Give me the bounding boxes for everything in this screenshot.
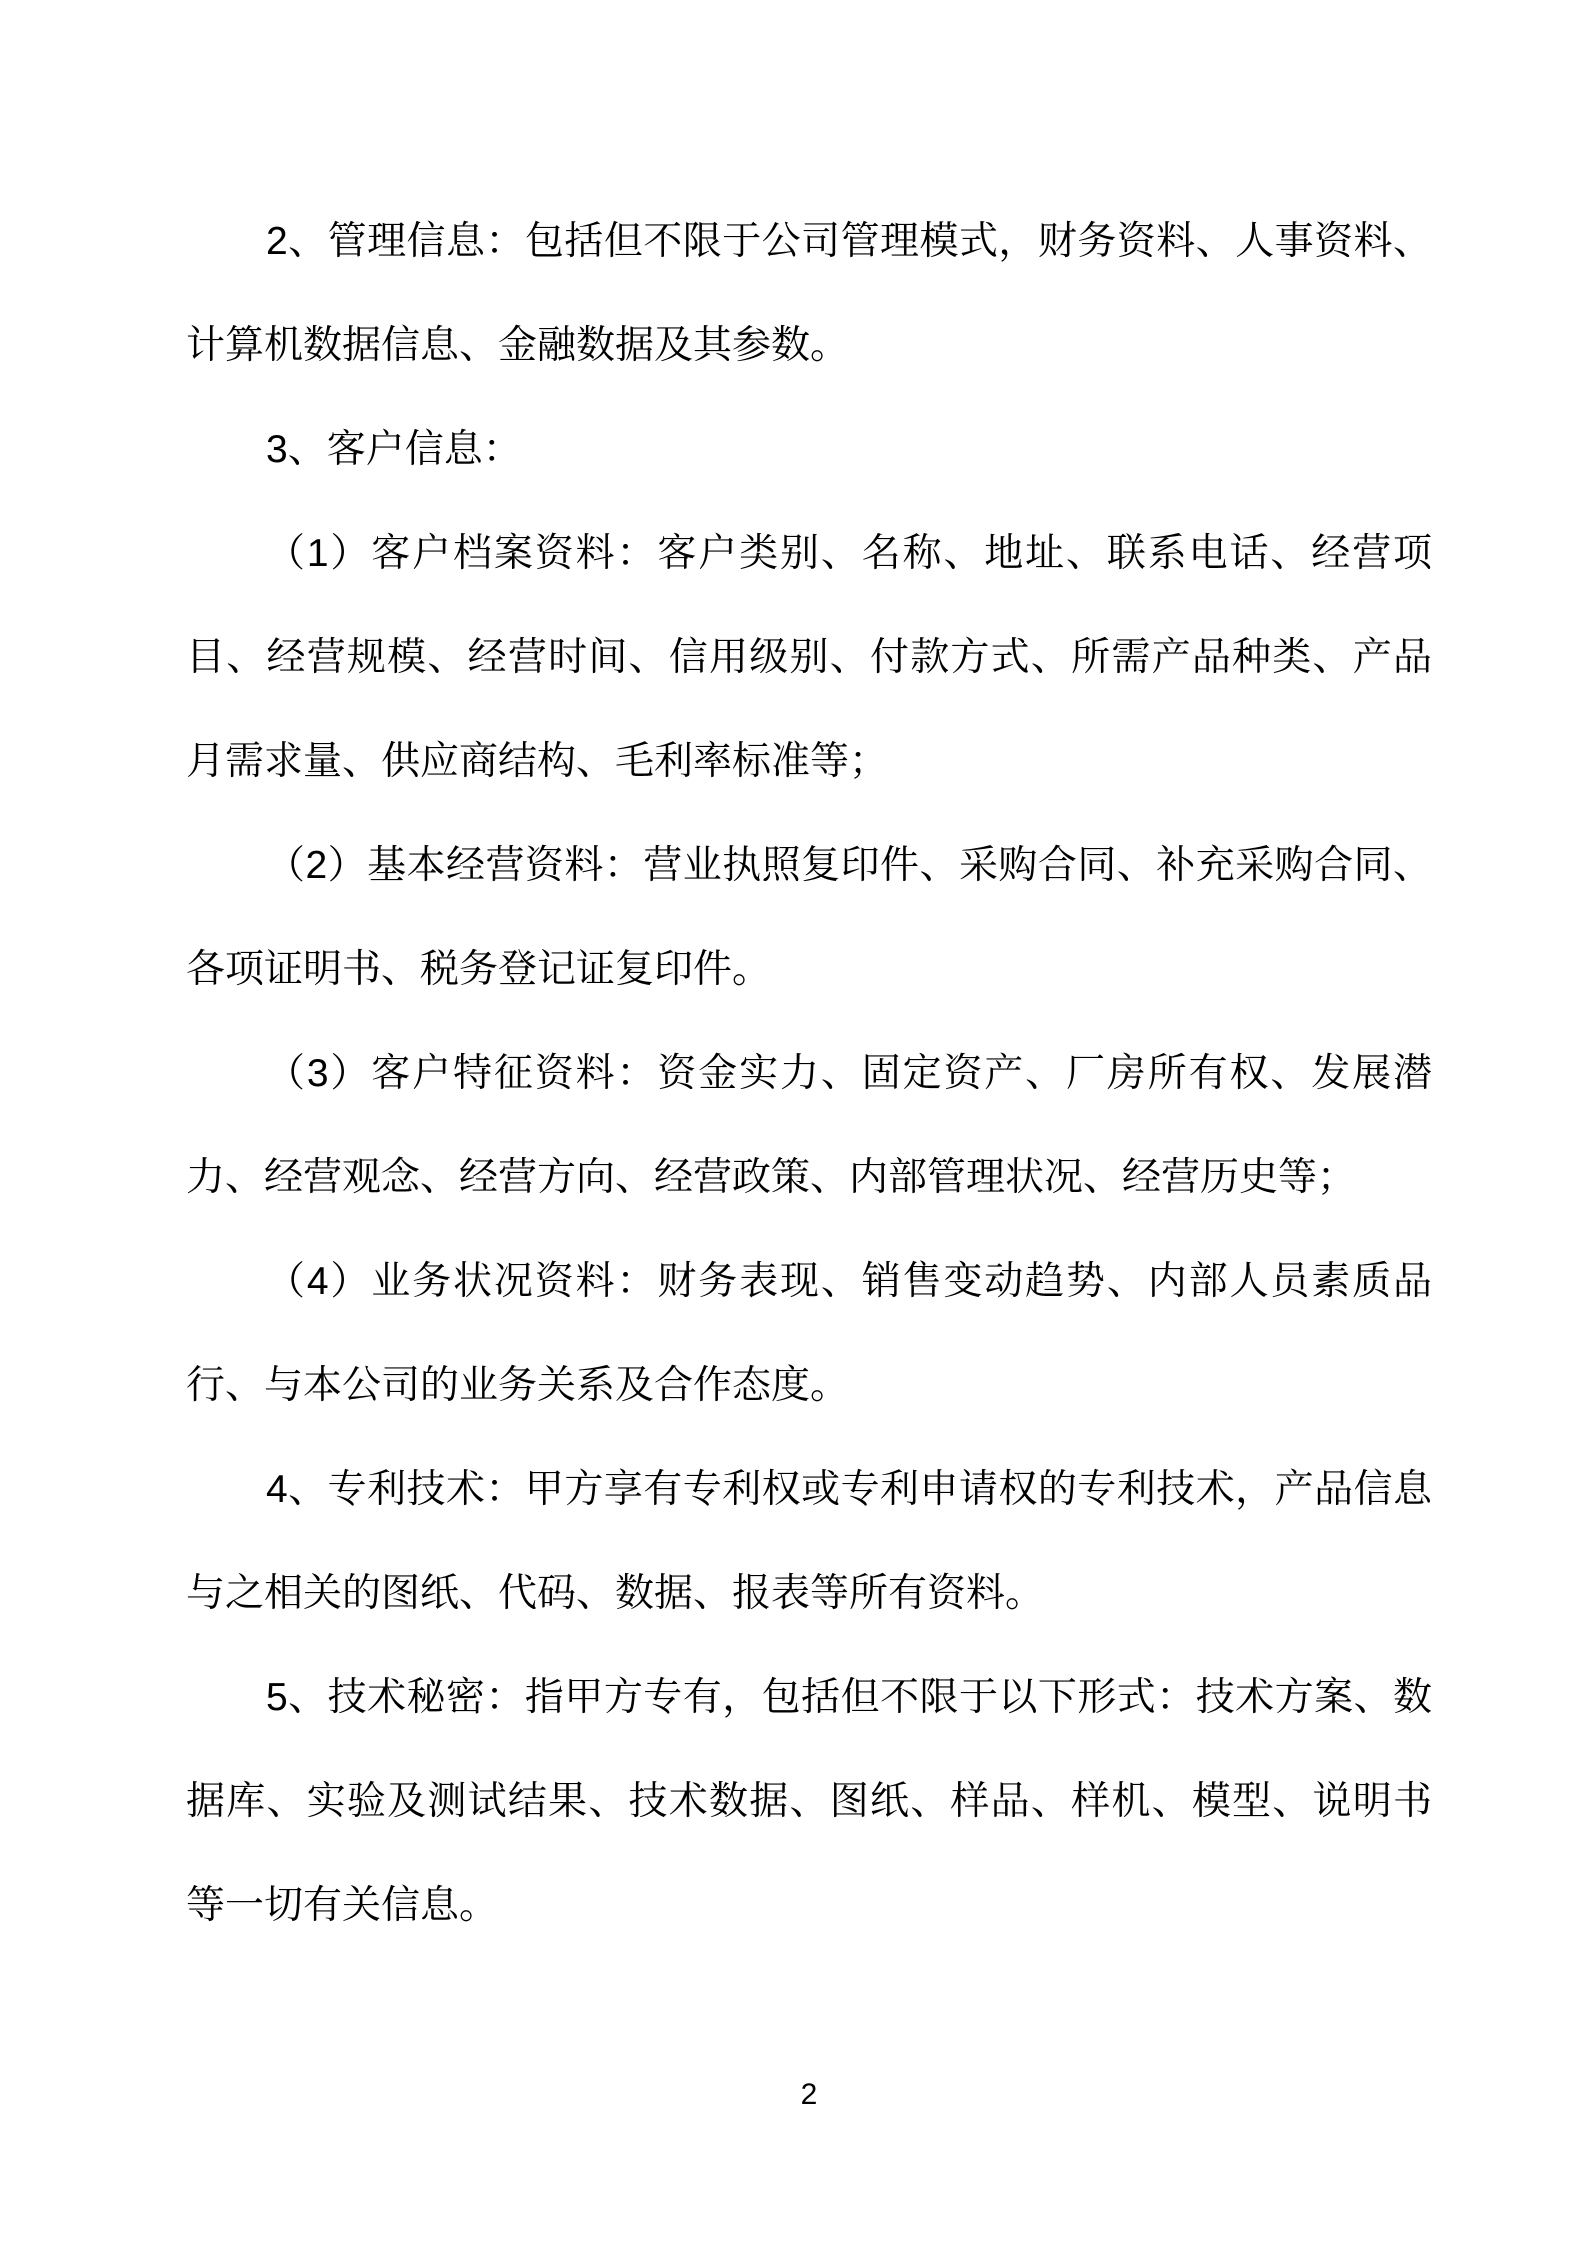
document-page: 2、管理信息：包括但不限于公司管理模式，财务资料、人事资料、计算机数据信息、金融…	[0, 0, 1587, 2245]
paragraph-clause-3-customer-info: 3、客户信息：	[186, 398, 1432, 502]
paragraph-clause-3-1-customer-archive: （1）客户档案资料：客户类别、名称、地址、联系电话、经营项目、经营规模、经营时间…	[186, 502, 1432, 814]
paragraph-clause-3-3-customer-feature: （3）客户特征资料：资金实力、固定资产、厂房所有权、发展潜力、经营观念、经营方向…	[186, 1022, 1432, 1230]
paragraph-clause-3-4-business-status: （4）业务状况资料：财务表现、销售变动趋势、内部人员素质品行、与本公司的业务关系…	[186, 1230, 1432, 1438]
paragraph-clause-3-2-basic-operation: （2）基本经营资料：营业执照复印件、采购合同、补充采购合同、各项证明书、税务登记…	[186, 814, 1432, 1022]
page-number: 2	[186, 2078, 1432, 2112]
document-body: 2、管理信息：包括但不限于公司管理模式，财务资料、人事资料、计算机数据信息、金融…	[186, 190, 1432, 1958]
paragraph-clause-2-management-info: 2、管理信息：包括但不限于公司管理模式，财务资料、人事资料、计算机数据信息、金融…	[186, 190, 1432, 398]
paragraph-clause-4-patent-technology: 4、专利技术：甲方享有专利权或专利申请权的专利技术，产品信息与之相关的图纸、代码…	[186, 1438, 1432, 1646]
paragraph-clause-5-technical-secret: 5、技术秘密：指甲方专有，包括但不限于以下形式：技术方案、数据库、实验及测试结果…	[186, 1646, 1432, 1958]
